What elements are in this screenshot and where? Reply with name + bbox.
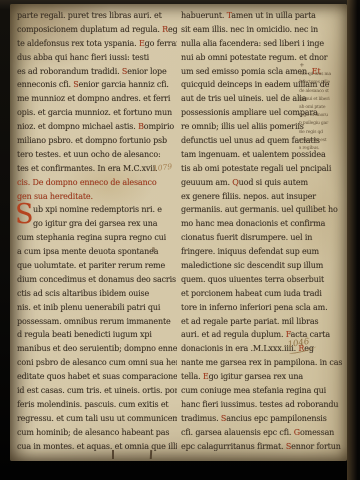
- rubric-text: T: [227, 11, 232, 20]
- rubric-text: B: [138, 122, 144, 131]
- manuscript-line: possessam. omnibus rerum immanente: [17, 315, 177, 329]
- manuscript-line: et porcionem habeat cum iuda tradi: [181, 287, 343, 301]
- manuscript-line: ctis ad scis altaribus ibidem ouise: [17, 287, 177, 301]
- manuscript-line: tella. Ego igitur garsea rex una: [181, 370, 343, 384]
- manuscript-line: es ad roborandum tradidi. Senior lope: [17, 65, 177, 79]
- manuscript-line: cis. De dompno enneco de alesanco: [17, 176, 177, 190]
- gloss-line: a regibus.: [299, 145, 347, 154]
- manuscript-line: habuerunt. Tamen ut in uilla parta: [181, 9, 343, 23]
- manuscript-line: maledictione sic descendit sup illum: [181, 259, 343, 273]
- manuscript-line: cum coniuge mea stefania regina qui: [181, 384, 343, 398]
- manuscript-line: germaniis. aut germanis. uel quilibet ho: [181, 203, 343, 217]
- manuscript-line: manibus et deo seruientib; dompno enne: [17, 342, 177, 356]
- manuscript-line: nulla alia facendera: sed liberi i inge: [181, 37, 343, 51]
- manuscript-line: go igitur gra dei garsea rex una: [17, 217, 177, 231]
- gloss-mark: +: [299, 62, 347, 71]
- manuscript-line: opis. et garcia munnioz. et fortuno mun: [17, 106, 177, 120]
- rubric-text: G: [294, 428, 300, 437]
- rubric-text: cis. De dompno enneco de alesanco: [17, 178, 157, 187]
- manuscript-line: dium concedimus et donamus deo sacris: [17, 273, 177, 287]
- drop-cap-initial: S: [15, 201, 31, 228]
- manuscript-line: tradimus. Sancius epc pampilonensis: [181, 412, 343, 426]
- manuscript-line: ex genere filiis. nepos. aut insuper: [181, 190, 343, 204]
- manuscript-line: sit eam illis. nec in omicidio. nec in: [181, 23, 343, 37]
- manuscript-line: id est casas. cum tris. et uineis. ortis…: [17, 384, 177, 398]
- rubric-text: S: [286, 442, 291, 451]
- rubric-text: E: [203, 372, 209, 381]
- manuscript-line: quem. quos uiuentes terra obserbuit: [181, 273, 343, 287]
- catchword-tick-mark: [112, 450, 114, 459]
- manuscript-line: tero testes. et uun ocho de alesanco:: [17, 148, 177, 162]
- gloss-line: p puilegiu gar: [299, 120, 347, 129]
- catchword-tick-mark: [150, 450, 152, 459]
- manuscript-line: parte regali. puret tres libras auri. et: [17, 9, 177, 23]
- left-column: parte regali. puret tres libras auri. et…: [17, 9, 177, 457]
- rubric-text: S: [221, 414, 226, 423]
- manuscript-line: coni psbro de alesanco cum omni sua her: [17, 356, 177, 370]
- manuscript-line: donacionis in era .M.Lxxx.iiii. Reg: [181, 342, 343, 356]
- manuscript-line: geuuum am. Quod si quis autem: [181, 176, 343, 190]
- gloss-line: lefactores uille: [299, 79, 347, 88]
- manuscript-line: a cum ipsa mente deuota spontanea: [17, 245, 177, 259]
- rubric-text: R: [162, 25, 168, 34]
- gloss-line: sie regis qd: [299, 128, 347, 137]
- manuscript-line: cua in montes. et aquas. et omnia que il…: [17, 440, 177, 454]
- manuscript-line: cum hominib; de alesanco habeant pas: [17, 426, 177, 440]
- manuscript-line: tore in inferno inferiori pena scla am.: [181, 301, 343, 315]
- margin-gloss: + No. qd oms malefactores uillede alesan…: [299, 62, 348, 154]
- manuscript-line: ub xpi nomine redemptoris nri. e: [17, 203, 177, 217]
- manuscript-line: dus abba qui hanc fieri iussi: testi: [17, 51, 177, 65]
- manuscript-line: nioz. et dompno michael astis. Bompirio: [17, 120, 177, 134]
- manuscript-line: me munnioz et dompno andres. et ferri: [17, 92, 177, 106]
- rubric-text: Q: [232, 178, 238, 187]
- manuscript-line: cfi. garsea alauensis epc cfi. Gomessan: [181, 426, 343, 440]
- manuscript-line: hanc fieri iussimus. testes ad roborandu: [181, 398, 343, 412]
- manuscript-line: editate quos habet et suas comparaciones…: [17, 370, 177, 384]
- manuscript-line: composicionem duplatum ad regula. Regna: [17, 23, 177, 37]
- manuscript-line: enneconis cfi. Senior garcia hanniz cfi.: [17, 78, 177, 92]
- manuscript-line: que uolumtate. et pariter rerum reme: [17, 259, 177, 273]
- manuscript-line: et ad regale parte pariat. mil libras: [181, 315, 343, 329]
- rubric-text: S: [122, 67, 127, 76]
- manuscript-line: cum stephania regina supra regno cui: [17, 231, 177, 245]
- manuscript-line: auri. et ad regula duplum. Facta carta: [181, 328, 343, 342]
- rubric-text: F: [286, 330, 291, 339]
- book-fore-edge: [347, 0, 360, 480]
- manuscript-line: nante me garsea rex in pampilona. in cas: [181, 356, 343, 370]
- manuscript-line: d regula beati benedicti iugum xpi: [17, 328, 177, 342]
- manuscript-line: nis. et inib plenu uenerabili patri qui: [17, 301, 177, 315]
- manuscript-line: miliano psbro. et dompno fortunio psb: [17, 134, 177, 148]
- manuscript-line: regressu. et cum tali usu ut communicem: [17, 412, 177, 426]
- gloss-line: de alesanco st: [299, 87, 347, 96]
- manuscript-line: fringere. iniquus defendat sup eum: [181, 245, 343, 259]
- manuscript-line: epc calagurritanus firmat. Sennor fortun: [181, 440, 343, 454]
- rubric-text: E: [139, 39, 145, 48]
- manuscript-scan: parte regali. puret tres libras auri. et…: [0, 0, 360, 480]
- rubric-text: S: [73, 80, 78, 89]
- manuscript-line: feris molendinis. pascuis. cum exitis et: [17, 398, 177, 412]
- manuscript-line: te aldefonsus rex tota yspania. Ego ferr…: [17, 37, 177, 51]
- manuscript-line: tis ab omi potestate regali uel pncipali: [181, 162, 343, 176]
- manuscript-line: mo hanc mea donacionis et confirma: [181, 217, 343, 231]
- manuscript-page: parte regali. puret tres libras auri. et…: [10, 4, 347, 461]
- manuscript-line: cionatus fuerit disrumpere. uel in: [181, 231, 343, 245]
- manuscript-line: gen sua hereditate.: [17, 190, 177, 204]
